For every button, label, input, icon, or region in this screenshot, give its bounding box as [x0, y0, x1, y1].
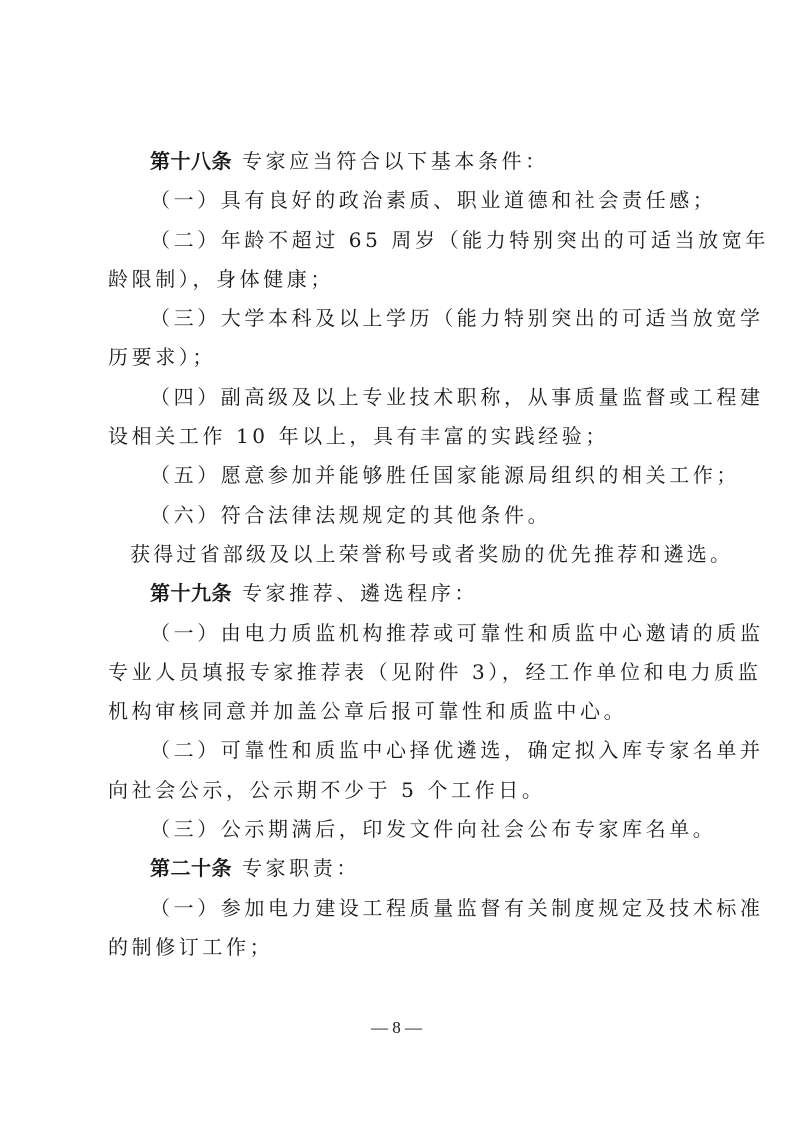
paragraph-line: （一）具有良好的政治素质、职业道德和社会责任感；	[108, 181, 694, 220]
paragraph-line: 获得过省部级及以上荣誉称号或者奖励的优先推荐和遴选。	[108, 535, 694, 574]
paragraph-line: （三）公示期满后，印发文件向社会公布专家库名单。	[108, 810, 694, 849]
article-20-heading: 第二十条 专家职责：	[108, 849, 694, 888]
paragraph-line: 历要求）；	[108, 338, 694, 377]
article-label: 第十九条	[150, 581, 232, 605]
paragraph-line: （一）参加电力建设工程质量监督有关制度规定及技术标准	[108, 889, 694, 928]
paragraph-line: 向社会公示，公示期不少于 5 个工作日。	[108, 771, 694, 810]
paragraph-line: 专业人员填报专家推荐表（见附件 3），经工作单位和电力质监	[108, 653, 694, 692]
paragraph-line: （二）年龄不超过 65 周岁（能力特别突出的可适当放宽年	[108, 221, 694, 260]
document-body: 第十八条 专家应当符合以下基本条件： （一）具有良好的政治素质、职业道德和社会责…	[108, 142, 694, 967]
article-title: 专家应当符合以下基本条件：	[232, 149, 549, 173]
paragraph-line: 机构审核同意并加盖公章后报可靠性和质监中心。	[108, 692, 694, 731]
paragraph-line: （四）副高级及以上专业技术职称，从事质量监督或工程建	[108, 378, 694, 417]
article-title: 专家推荐、遴选程序：	[232, 581, 478, 605]
article-label: 第二十条	[150, 856, 232, 880]
paragraph-line: 的制修订工作；	[108, 928, 694, 967]
page-number: — 8 —	[0, 1018, 793, 1038]
article-19-heading: 第十九条 专家推荐、遴选程序：	[108, 574, 694, 613]
paragraph-line: （二）可靠性和质监中心择优遴选，确定拟入库专家名单并	[108, 731, 694, 770]
paragraph-line: （一）由电力质监机构推荐或可靠性和质监中心邀请的质监	[108, 614, 694, 653]
paragraph-line: （三）大学本科及以上学历（能力特别突出的可适当放宽学	[108, 299, 694, 338]
article-title: 专家职责：	[232, 856, 360, 880]
paragraph-line: 设相关工作 10 年以上，具有丰富的实践经验；	[108, 417, 694, 456]
paragraph-line: 龄限制），身体健康；	[108, 260, 694, 299]
paragraph-line: （五）愿意参加并能够胜任国家能源局组织的相关工作；	[108, 456, 694, 495]
article-label: 第十八条	[150, 149, 232, 173]
article-18-heading: 第十八条 专家应当符合以下基本条件：	[108, 142, 694, 181]
paragraph-line: （六）符合法律法规规定的其他条件。	[108, 496, 694, 535]
